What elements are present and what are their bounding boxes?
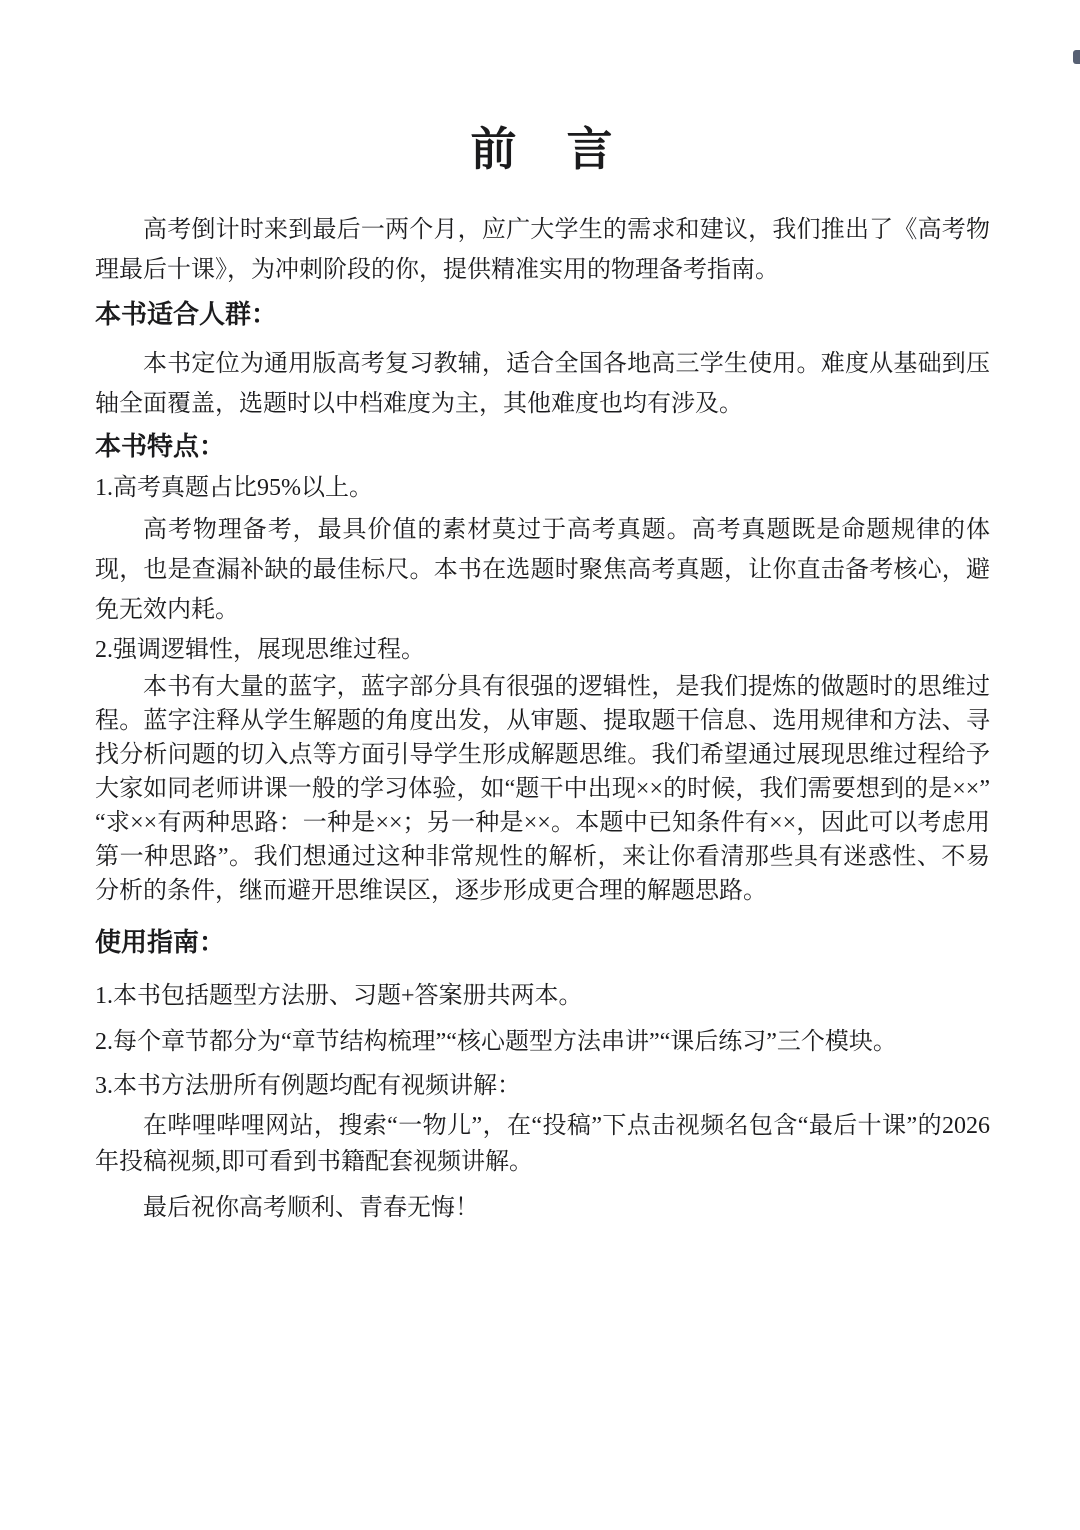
intro-paragraph: 高考倒计时来到最后一两个月，应广大学生的需求和建议，我们推出了《高考物理最后十课… [95, 210, 990, 290]
feature-2-body: 本书有大量的蓝字，蓝字部分具有很强的逻辑性，是我们提炼的做题时的思维过程。蓝字注… [95, 670, 990, 908]
feature-1-title: 1.高考真题占比95%以上。 [95, 468, 990, 508]
feature-2-title: 2.强调逻辑性，展现思维过程。 [95, 630, 990, 670]
section-heading-audience: 本书适合人群： [95, 296, 990, 332]
video-note-paragraph: 在哔哩哔哩网站，搜索“一物儿”，在“投稿”下点击视频名包含“最后十课”的2026… [95, 1108, 990, 1180]
preface-page: 前 言 高考倒计时来到最后一两个月，应广大学生的需求和建议，我们推出了《高考物理… [0, 0, 1080, 1530]
scan-artifact [1073, 50, 1080, 64]
guide-item-1: 1.本书包括题型方法册、习题+答案册共两本。 [95, 976, 990, 1016]
section-heading-features: 本书特点： [95, 428, 990, 464]
guide-item-3: 3.本书方法册所有例题均配有视频讲解： [95, 1066, 990, 1106]
page-title: 前 言 [95, 124, 990, 174]
closing-line: 最后祝你高考顺利、青春无悔！ [95, 1188, 990, 1228]
audience-paragraph: 本书定位为通用版高考复习教辅，适合全国各地高三学生使用。难度从基础到压轴全面覆盖… [95, 344, 990, 424]
section-heading-guide: 使用指南： [95, 924, 990, 960]
guide-item-2: 2.每个章节都分为“章节结构梳理”“核心题型方法串讲”“课后练习”三个模块。 [95, 1022, 990, 1062]
feature-1-body: 高考物理备考，最具价值的素材莫过于高考真题。高考真题既是命题规律的体现，也是查漏… [95, 510, 990, 630]
